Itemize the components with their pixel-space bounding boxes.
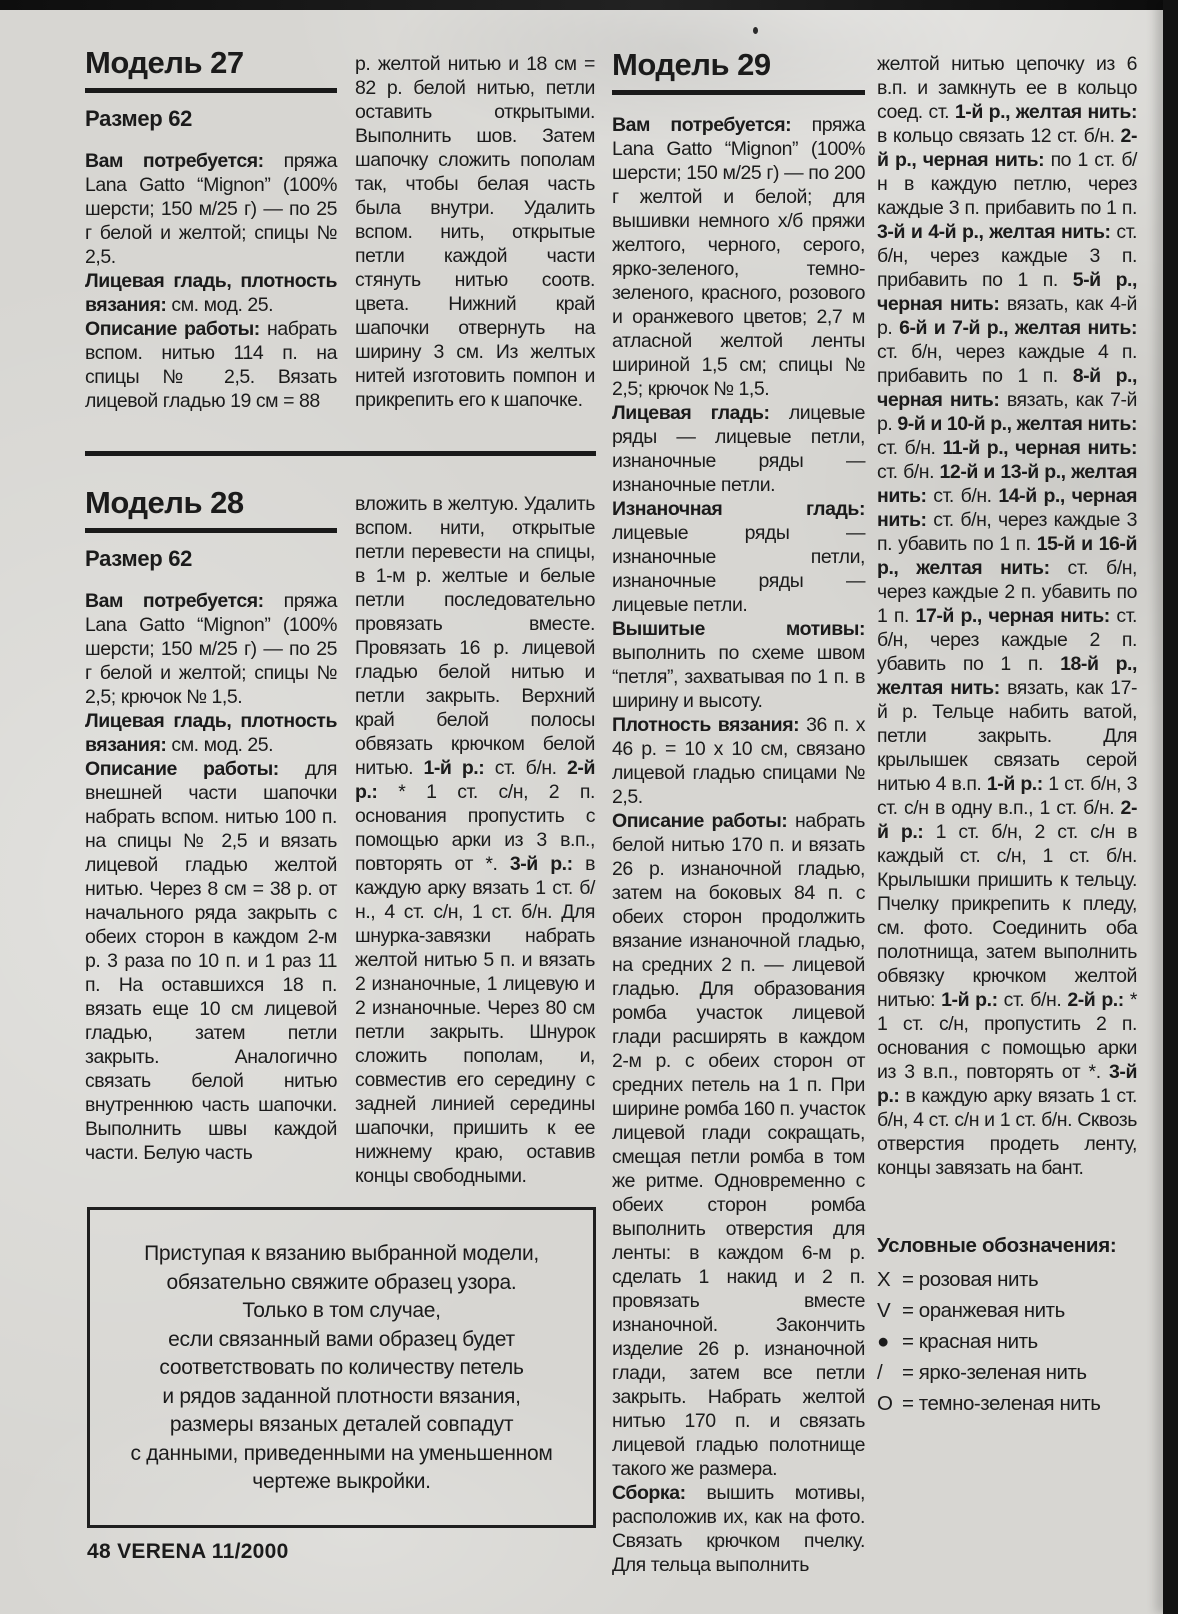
article-model28: Модель 28 Размер 62 Вам потребуется: пря… xyxy=(85,486,337,1165)
model27-title: Модель 27 xyxy=(85,46,337,93)
article-model27: Модель 27 Размер 62 Вам потребуется: пря… xyxy=(85,46,337,413)
model29-continuation: желтой нитью цепочку из 6 в.п. и замкнут… xyxy=(877,52,1137,1419)
circle-symbol: О xyxy=(877,1388,902,1419)
page-footer: 48 VERENA 11/2000 xyxy=(87,1540,289,1564)
legend-title: Условные обозначения: xyxy=(877,1234,1137,1258)
legend-label: = темно-зеленая нить xyxy=(902,1392,1100,1415)
gauge-notice-text: Приступая к вязанию выбранной модели,обя… xyxy=(104,1240,579,1497)
magazine-page-scan: Модель 27 Размер 62 Вам потребуется: пря… xyxy=(0,0,1178,1614)
x-symbol: Х xyxy=(877,1264,902,1295)
gauge-notice-box: Приступая к вязанию выбранной модели,обя… xyxy=(87,1207,596,1528)
model29-title: Модель 29 xyxy=(612,48,865,95)
model28-continuation-text: вложить в желтую. Удалить вспом. нити, о… xyxy=(355,492,595,1188)
legend-item-orange: V= оранжевая нить xyxy=(877,1295,1137,1326)
legend-label: = розовая нить xyxy=(902,1268,1038,1291)
model29-body: Вам потребуется: пряжа Lana Gatto “Migno… xyxy=(612,113,865,1577)
legend-label: = оранжевая нить xyxy=(902,1299,1065,1322)
legend-item-red: ●= красная нить xyxy=(877,1326,1137,1357)
legend-item-bright-green: /= ярко-зеленая нить xyxy=(877,1357,1137,1388)
symbol-legend: Условные обозначения: Х= розовая нить V=… xyxy=(877,1234,1137,1419)
model27-body: Вам потребуется: пряжа Lana Gatto “Migno… xyxy=(85,149,337,413)
legend-item-dark-green: О= темно-зеленая нить xyxy=(877,1388,1137,1419)
slash-symbol: / xyxy=(877,1357,902,1388)
model28-body: Вам потребуется: пряжа Lana Gatto “Migno… xyxy=(85,589,337,1165)
v-symbol: V xyxy=(877,1295,902,1326)
model29-continuation-text: желтой нитью цепочку из 6 в.п. и замкнут… xyxy=(877,52,1137,1180)
model27-continuation: р. желтой нитью и 18 см = 82 р. белой ни… xyxy=(355,52,595,412)
legend-label: = красная нить xyxy=(902,1330,1038,1353)
legend-label: = ярко-зеленая нить xyxy=(902,1361,1087,1384)
article-model29: Модель 29 Вам потребуется: пряжа Lana Ga… xyxy=(612,48,865,1577)
model27-continuation-text: р. желтой нитью и 18 см = 82 р. белой ни… xyxy=(355,52,595,412)
model27-size-label: Размер 62 xyxy=(85,107,337,131)
scan-edge-top xyxy=(0,0,1178,10)
dot-symbol: ● xyxy=(877,1326,902,1357)
scan-edge-right xyxy=(1163,0,1178,1614)
legend-item-pink: Х= розовая нить xyxy=(877,1264,1137,1295)
model28-title: Модель 28 xyxy=(85,486,337,533)
model28-size-label: Размер 62 xyxy=(85,547,337,571)
section-divider-rule xyxy=(85,451,596,456)
scan-speck xyxy=(753,27,758,34)
model28-continuation: вложить в желтую. Удалить вспом. нити, о… xyxy=(355,492,595,1188)
